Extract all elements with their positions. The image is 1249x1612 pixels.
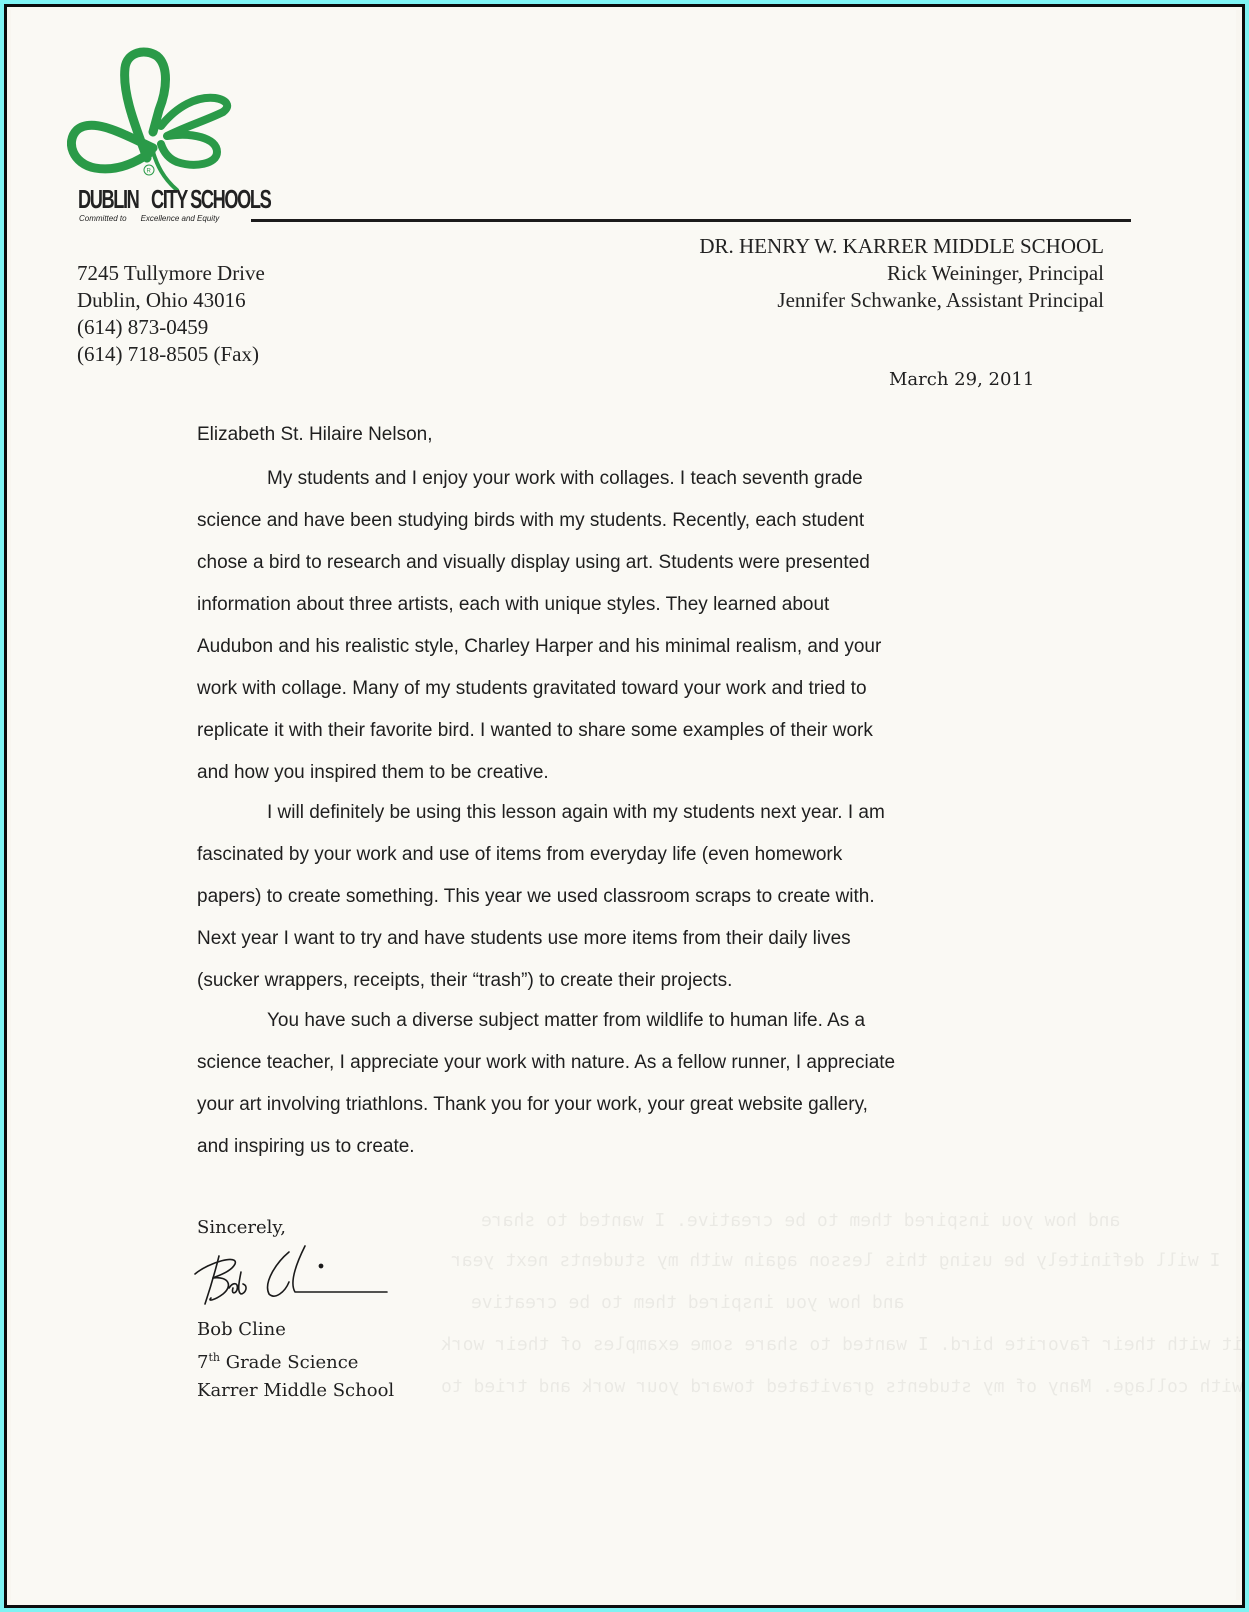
shamrock-icon: R bbox=[67, 40, 257, 190]
signature-block: Bob Cline 7th Grade Science Karrer Middl… bbox=[197, 1316, 394, 1405]
letter-page: R DUBLINCITY SCHOOLS Committed toExcelle… bbox=[11, 10, 1236, 1600]
logo-tagline: Committed toExcellence and Equity bbox=[79, 214, 219, 223]
bleed-through-text: I will definitely be using this lesson a… bbox=[451, 1250, 1220, 1271]
paragraph-line: and inspiring us to create. bbox=[197, 1126, 1057, 1168]
paragraph-line: My students and I enjoy your work with c… bbox=[197, 458, 1057, 500]
sender-title-number: 7 bbox=[197, 1352, 208, 1373]
bleed-through-text: and how you inspired them to be creative bbox=[471, 1292, 904, 1313]
address-city: Dublin, Ohio 43016 bbox=[77, 287, 265, 314]
wordmark-dublin: DUBLIN bbox=[78, 184, 138, 214]
bleed-through-text: replicate it with their favorite bird. I… bbox=[441, 1334, 1249, 1355]
sender-name: Bob Cline bbox=[197, 1316, 394, 1344]
dublin-city-schools-logo: R DUBLINCITY SCHOOLS Committed toExcelle… bbox=[67, 40, 257, 230]
paragraph-3: You have such a diverse subject matter f… bbox=[197, 1000, 1057, 1168]
address-phone: (614) 873-0459 bbox=[77, 314, 265, 341]
school-address: 7245 Tullymore Drive Dublin, Ohio 43016 … bbox=[77, 260, 265, 368]
paragraph-line: your art involving triathlons. Thank you… bbox=[197, 1084, 1057, 1126]
paragraph-line: work with collage. Many of my students g… bbox=[197, 668, 1057, 710]
bleed-through-text: work with collage. Many of my students g… bbox=[441, 1376, 1249, 1397]
paragraph-line: (sucker wrappers, receipts, their “trash… bbox=[197, 960, 1057, 1002]
svg-text:R: R bbox=[147, 169, 152, 175]
paragraph-line: chose a bird to research and visually di… bbox=[197, 542, 1057, 584]
paragraph-line: papers) to create something. This year w… bbox=[197, 876, 1057, 918]
sender-title-rest: Grade Science bbox=[220, 1352, 358, 1373]
paragraph-line: Audubon and his realistic style, Charley… bbox=[197, 626, 1057, 668]
address-fax: (614) 718-8505 (Fax) bbox=[77, 341, 265, 368]
school-header: DR. HENRY W. KARRER MIDDLE SCHOOL Rick W… bbox=[699, 233, 1104, 314]
principal: Rick Weininger, Principal bbox=[699, 260, 1104, 287]
closing: Sincerely, bbox=[197, 1217, 286, 1238]
paragraph-line: science teacher, I appreciate your work … bbox=[197, 1042, 1057, 1084]
header-rule bbox=[251, 219, 1131, 222]
sender-title: 7th Grade Science bbox=[197, 1344, 394, 1377]
tagline-excellence: Excellence and Equity bbox=[141, 214, 220, 223]
assistant-principal: Jennifer Schwanke, Assistant Principal bbox=[699, 287, 1104, 314]
salutation: Elizabeth St. Hilaire Nelson, bbox=[197, 424, 433, 446]
wordmark-city-schools: CITY SCHOOLS bbox=[151, 184, 270, 214]
paragraph-line: fascinated by your work and use of items… bbox=[197, 834, 1057, 876]
bleed-through-text: and how you inspired them to be creative… bbox=[481, 1210, 1120, 1231]
paragraph-line: replicate it with their favorite bird. I… bbox=[197, 710, 1057, 752]
school-name: DR. HENRY W. KARRER MIDDLE SCHOOL bbox=[699, 233, 1104, 260]
paragraph-line: I will definitely be using this lesson a… bbox=[197, 792, 1057, 834]
paragraph-line: information about three artists, each wi… bbox=[197, 584, 1057, 626]
paragraph-2: I will definitely be using this lesson a… bbox=[197, 792, 1057, 1002]
letter-date: March 29, 2011 bbox=[889, 369, 1034, 390]
paragraph-line: Next year I want to try and have student… bbox=[197, 918, 1057, 960]
paragraph-line: and how you inspired them to be creative… bbox=[197, 752, 1057, 794]
paragraph-1: My students and I enjoy your work with c… bbox=[197, 458, 1057, 794]
address-street: 7245 Tullymore Drive bbox=[77, 260, 265, 287]
sender-school: Karrer Middle School bbox=[197, 1377, 394, 1405]
handwritten-signature-icon bbox=[189, 1242, 399, 1312]
paragraph-line: You have such a diverse subject matter f… bbox=[197, 1000, 1057, 1042]
tagline-committed: Committed to bbox=[79, 214, 127, 223]
logo-wordmark: DUBLINCITY SCHOOLS bbox=[78, 184, 270, 215]
sender-title-suffix: th bbox=[208, 1351, 220, 1364]
paragraph-line: science and have been studying birds wit… bbox=[197, 500, 1057, 542]
